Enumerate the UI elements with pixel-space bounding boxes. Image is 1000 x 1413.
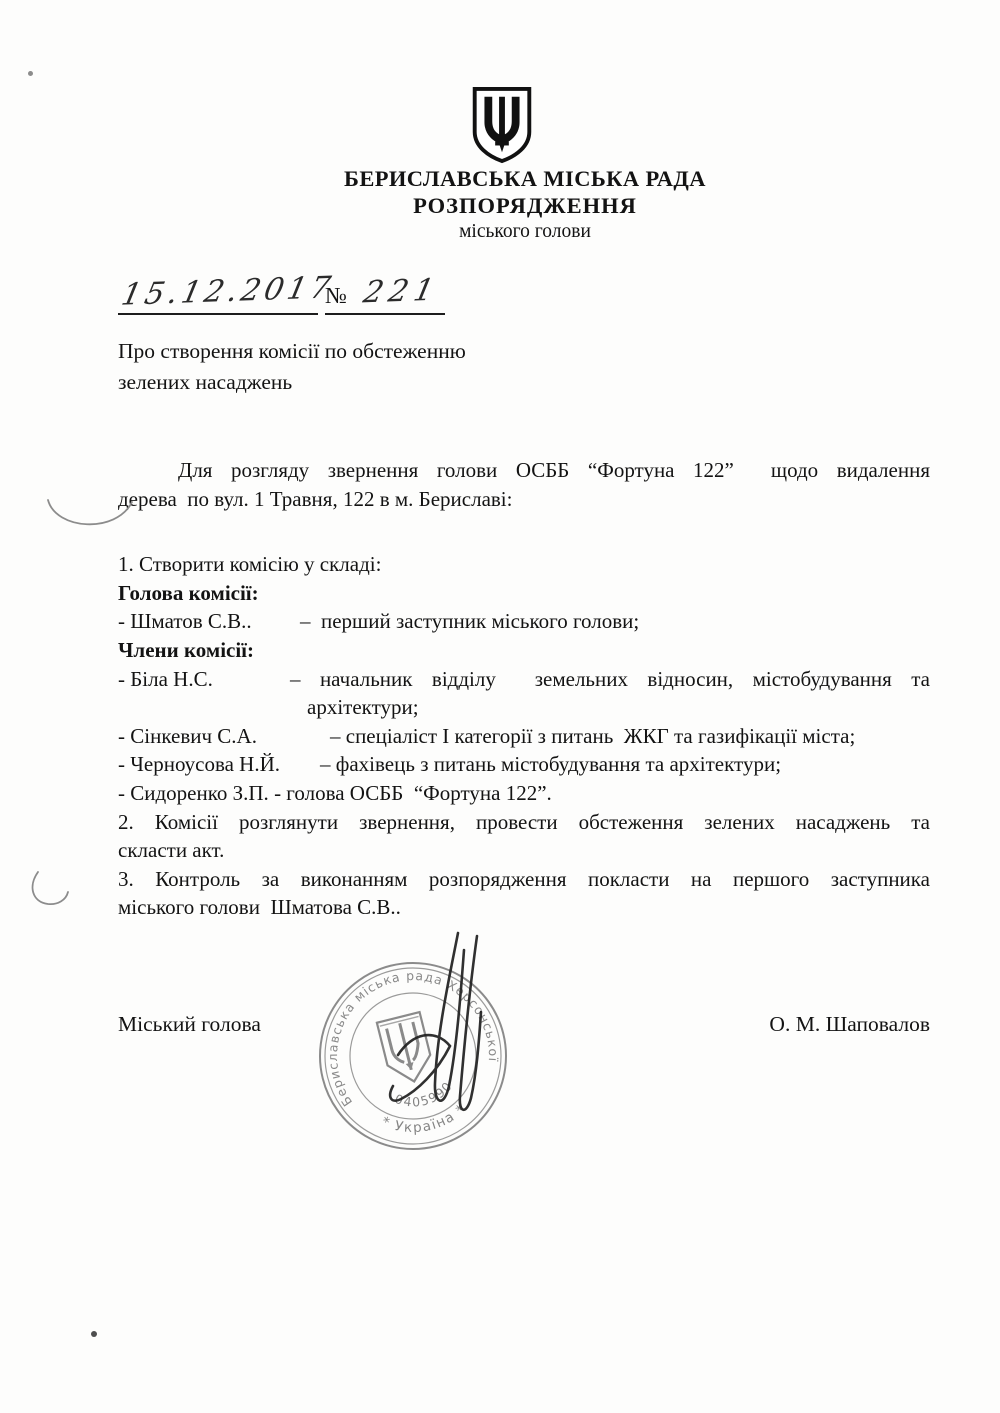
scan-arc-mark — [26, 866, 76, 912]
member-name: - Сидоренко З.П. — [118, 781, 269, 805]
stamp-shield-trident-icon — [377, 1012, 436, 1087]
organization-name: БЕРИСЛАВСЬКА МІСЬКА РАДА — [25, 166, 1000, 192]
member-name: - Черноусова Н.Й. — [118, 750, 320, 779]
item-3-line-1: 3. Контроль за виконанням розпорядження … — [118, 865, 930, 894]
member-name: - Біла Н.С. — [118, 665, 290, 722]
stamp-code: 04059906 — [280, 903, 459, 1141]
subject-line-2: зелених насаджень — [118, 367, 678, 398]
member-role: – начальник відділу земельних відносин, … — [290, 665, 930, 722]
member-role: - голова ОСББ “Фортуна 122”. — [274, 781, 552, 805]
date-number-block: 15.12.2017 № 221 — [118, 276, 458, 322]
intro-line-1: Для розгляду звернення голови ОСББ “Форт… — [118, 456, 930, 485]
item-2-line-1: 2. Комісії розглянути звернення, провест… — [118, 808, 930, 837]
member-role: – фахівець з питань містобудування та ар… — [320, 750, 930, 779]
subject-line-1: Про створення комісії по обстеженню — [118, 336, 678, 367]
member-role-line-2: архітектури; — [290, 693, 930, 722]
number-sign: № — [325, 283, 347, 309]
coat-of-arms-icon — [470, 86, 534, 164]
scan-dot-mark — [91, 1331, 97, 1337]
document-page: БЕРИСЛАВСЬКА МІСЬКА РАДА РОЗПОРЯДЖЕННЯ м… — [0, 0, 1000, 1413]
official-stamp: Бериславська міська рада Херсонської обл… — [280, 903, 570, 1173]
subject-block: Про створення комісії по обстеженню зеле… — [118, 336, 678, 398]
handwritten-date: 15.12.2017 — [118, 270, 337, 313]
member-role: – перший заступник міського голови; — [300, 607, 930, 636]
body-text: Для розгляду звернення голови ОСББ “Форт… — [118, 456, 930, 922]
commission-head-label: Голова комісії: — [118, 579, 930, 608]
number-underline — [325, 313, 445, 315]
scan-dot-mark — [28, 71, 33, 76]
stamp-graphic: Бериславська міська рада Херсонської обл… — [280, 903, 526, 1173]
paragraph-gap — [118, 513, 930, 550]
commission-head-row: - Шматов С.В.. – перший заступник місько… — [118, 607, 930, 636]
scan-arc-mark — [40, 492, 140, 538]
intro-line-2: дерева по вул. 1 Травня, 122 в м. Берисл… — [118, 485, 930, 514]
member-role: – спеціаліст І категорії з питань ЖКГ та… — [330, 722, 930, 751]
date-underline — [118, 313, 318, 315]
commission-members-label: Члени комісії: — [118, 636, 930, 665]
item-1: 1. Створити комісію у складі: — [118, 550, 930, 579]
member-row: - Біла Н.С. – начальник відділу земельни… — [118, 665, 930, 722]
member-name: - Сінкевич С.А. — [118, 722, 330, 751]
member-name: - Шматов С.В.. — [118, 607, 300, 636]
signer-title: Міський голова — [118, 1012, 261, 1037]
handwritten-signature — [390, 933, 481, 1110]
document-type-title: РОЗПОРЯДЖЕННЯ — [25, 193, 1000, 219]
member-row: - Сінкевич С.А. – спеціаліст І категорії… — [118, 722, 930, 751]
signer-name: О. М. Шаповалов — [769, 1012, 930, 1037]
handwritten-number: 221 — [360, 273, 443, 311]
document-subtype: міського голови — [25, 221, 1000, 243]
member-row: - Сидоренко З.П. - голова ОСББ “Фортуна … — [118, 779, 930, 808]
item-2-line-2: скласти акт. — [118, 836, 930, 865]
member-row: - Черноусова Н.Й. – фахівець з питань мі… — [118, 750, 930, 779]
member-role-line-1: – начальник відділу земельних відносин, … — [290, 665, 930, 694]
